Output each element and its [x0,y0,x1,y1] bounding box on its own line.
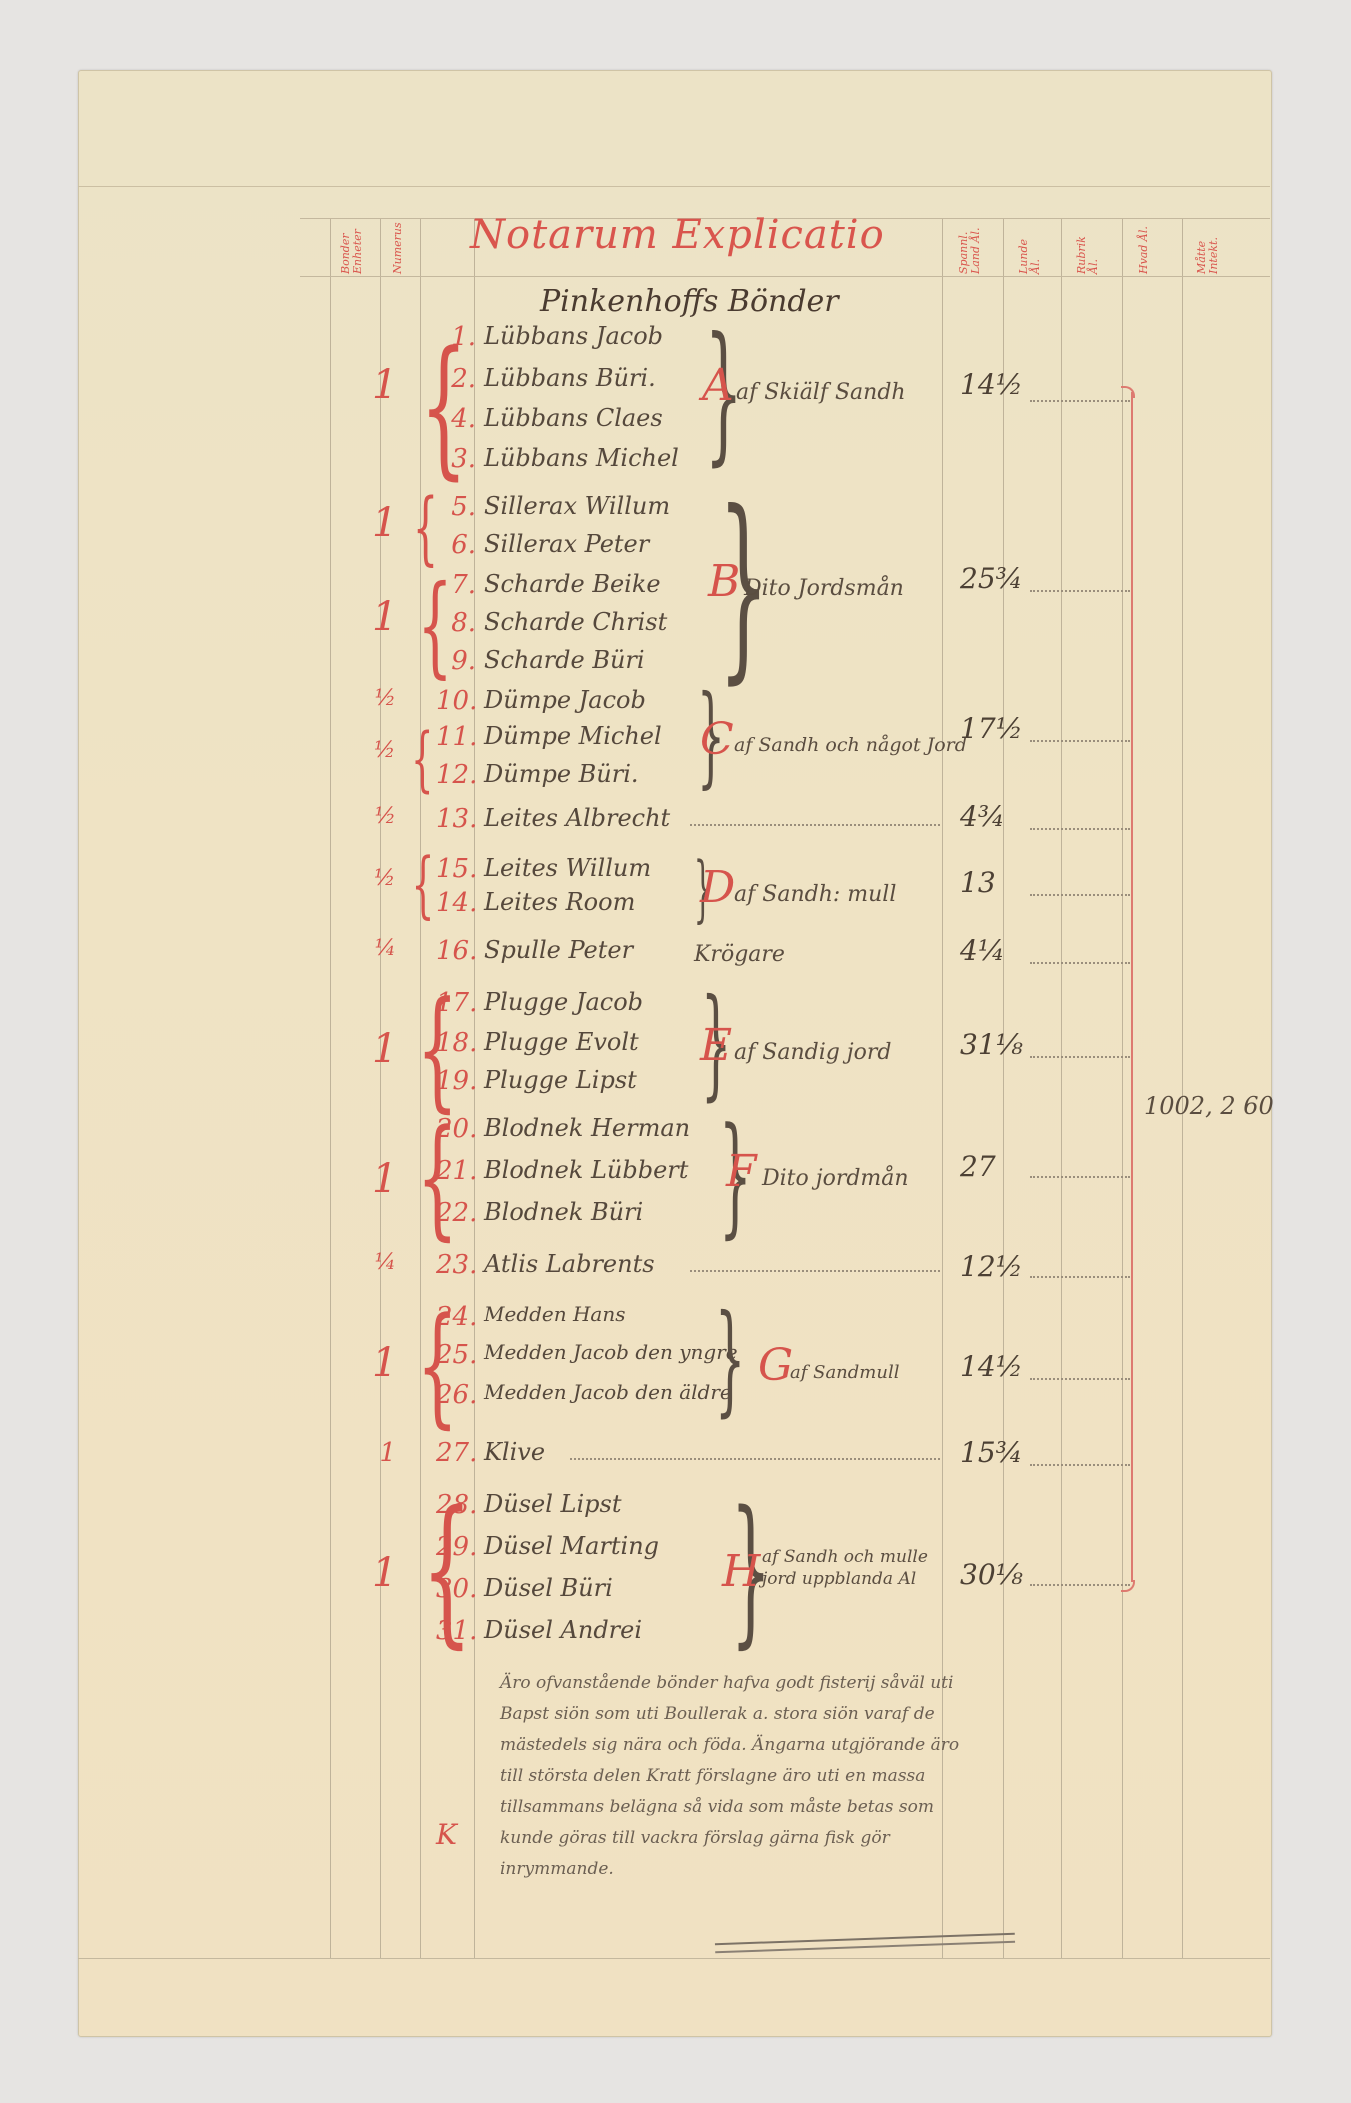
list-item: ½10.Dümpe Jacob [0,686,1351,724]
list-item: 14.Leites Room [0,888,1351,926]
amount-value: 30⅛ [960,1558,1023,1591]
list-item: 29.Düsel Marting [0,1532,1351,1570]
col-header-rubrik: Rubrik Ål. [1076,222,1100,274]
group-description: af Sandh: mull [734,882,896,907]
amount-value: 17½ [960,712,1023,745]
estate-subtitle: Pinkenhoffs Bönder [540,284,839,319]
group-letter: H [722,1546,760,1597]
group-description: Dito jordmån [762,1166,909,1191]
col-header-lunde: Lunde Ål. [1018,222,1042,274]
list-item: 5.Sillerax Willum [0,492,1351,530]
group-description: af Sandmull [790,1362,899,1383]
group-description: af Sandh och mulle jord uppblanda Al [762,1546,942,1590]
amount-value: 25¾ [960,562,1023,595]
amount-value: 13 [960,866,996,899]
group-description: af Skiälf Sandh [736,380,906,405]
group-brace-icon: } [715,1300,746,1420]
list-item: 11.Dümpe Michel [0,722,1351,760]
note-paragraph: Äro ofvanstående bönder hafva godt fiste… [500,1668,970,1885]
amount-value: 12½ [960,1250,1023,1283]
list-item: 15.Leites Willum [0,854,1351,892]
list-item: 21.Blodnek Lübbert [0,1156,1351,1194]
group-description: Dito Jordsmån [744,576,904,601]
bracket-share: ½ [374,866,395,891]
list-item: 18.Plugge Evolt [0,1028,1351,1066]
amount-value: 31⅛ [960,1028,1023,1061]
bracket-share: 1 [372,594,397,640]
amount-value: 14½ [960,1350,1023,1383]
list-item: 30.Düsel Büri [0,1574,1351,1612]
group-description: af Sandig jord [734,1040,891,1065]
red-brace-icon: { [413,488,438,568]
bracket-share: ½ [374,738,395,763]
top-margin-band [78,76,1270,187]
red-brace-icon: { [420,332,468,482]
list-item: 25.Medden Jacob den yngre [0,1340,1351,1378]
amount-value: 4¾ [960,800,1005,833]
header-bottom-rule [300,276,1270,277]
list-item: ½13.Leites Albrecht [0,804,1351,842]
col-header-bonder: Bonder Enheter [340,222,364,274]
list-item: 3.Lübbans Michel [0,444,1351,482]
col-header-numerus: Numerus [392,222,404,274]
amount-value: 27 [960,1150,996,1183]
bracket-share: 1 [372,1156,397,1202]
group-description: Krögare [694,942,785,967]
list-item: 4.Lübbans Claes [0,404,1351,442]
red-brace-icon: { [421,1490,472,1650]
amount-value: 15¾ [960,1436,1023,1469]
group-letter: D [700,862,735,913]
list-item: 22.Blodnek Büri [0,1198,1351,1236]
bottom-rule [78,1958,1270,1959]
list-item: 8.Scharde Christ [0,608,1351,646]
group-letter: B [708,556,740,607]
bracket-share: 1 [372,1026,397,1072]
list-item: 6.Sillerax Peter [0,530,1351,568]
bracket-share: 1 [372,1550,397,1596]
red-brace-icon: { [411,848,434,920]
red-brace-icon: { [411,724,433,794]
total-bracket-line [1131,392,1133,1582]
list-item: 31.Düsel Andrei [0,1616,1351,1654]
group-letter: F [726,1146,757,1197]
group-description: af Sandh och något Jord [734,734,967,756]
group-letter: E [700,1020,732,1071]
red-brace-icon: { [417,984,458,1114]
group-letter: C [700,714,734,765]
note-marker: K [436,1818,457,1851]
list-item: ¼23.Atlis Labrents [0,1250,1351,1288]
list-item: 127.Klive [0,1438,1351,1476]
list-item: 2.Lübbans Büri. [0,364,1351,402]
bracket-share: 1 [372,500,397,546]
list-item: 17.Plugge Jacob [0,988,1351,1026]
bracket-share: 1 [372,1340,397,1386]
col-header-hvad: Hvad Ål. [1138,222,1150,274]
group-letter: A [702,360,734,411]
list-item: 24.Medden Hans [0,1302,1351,1340]
red-brace-icon: { [418,570,453,680]
list-item: 1.Lübbans Jacob [0,322,1351,360]
document-title: Notarum Explicatio [470,212,885,258]
list-item: 12.Dümpe Büri. [0,760,1351,798]
red-brace-icon: { [417,1300,458,1430]
list-item: 28.Düsel Lipst [0,1490,1351,1528]
amount-value: 4¼ [960,934,1005,967]
bracket-share: 1 [372,362,397,408]
list-item: 7.Scharde Beike [0,570,1351,608]
group-letter: G [758,1340,793,1391]
list-item: 26.Medden Jacob den äldre [0,1380,1351,1418]
col-header-matte: Måtte Intekt. [1196,222,1220,274]
amount-value: 14½ [960,368,1023,401]
list-item: ¼16.Spulle Peter [0,936,1351,974]
list-item: 9.Scharde Büri [0,646,1351,684]
col-header-spannland: Spannl. Land Ål. [958,222,982,274]
total-value: 1002, 2 60 [1144,1092,1274,1120]
red-brace-icon: { [417,1112,458,1242]
